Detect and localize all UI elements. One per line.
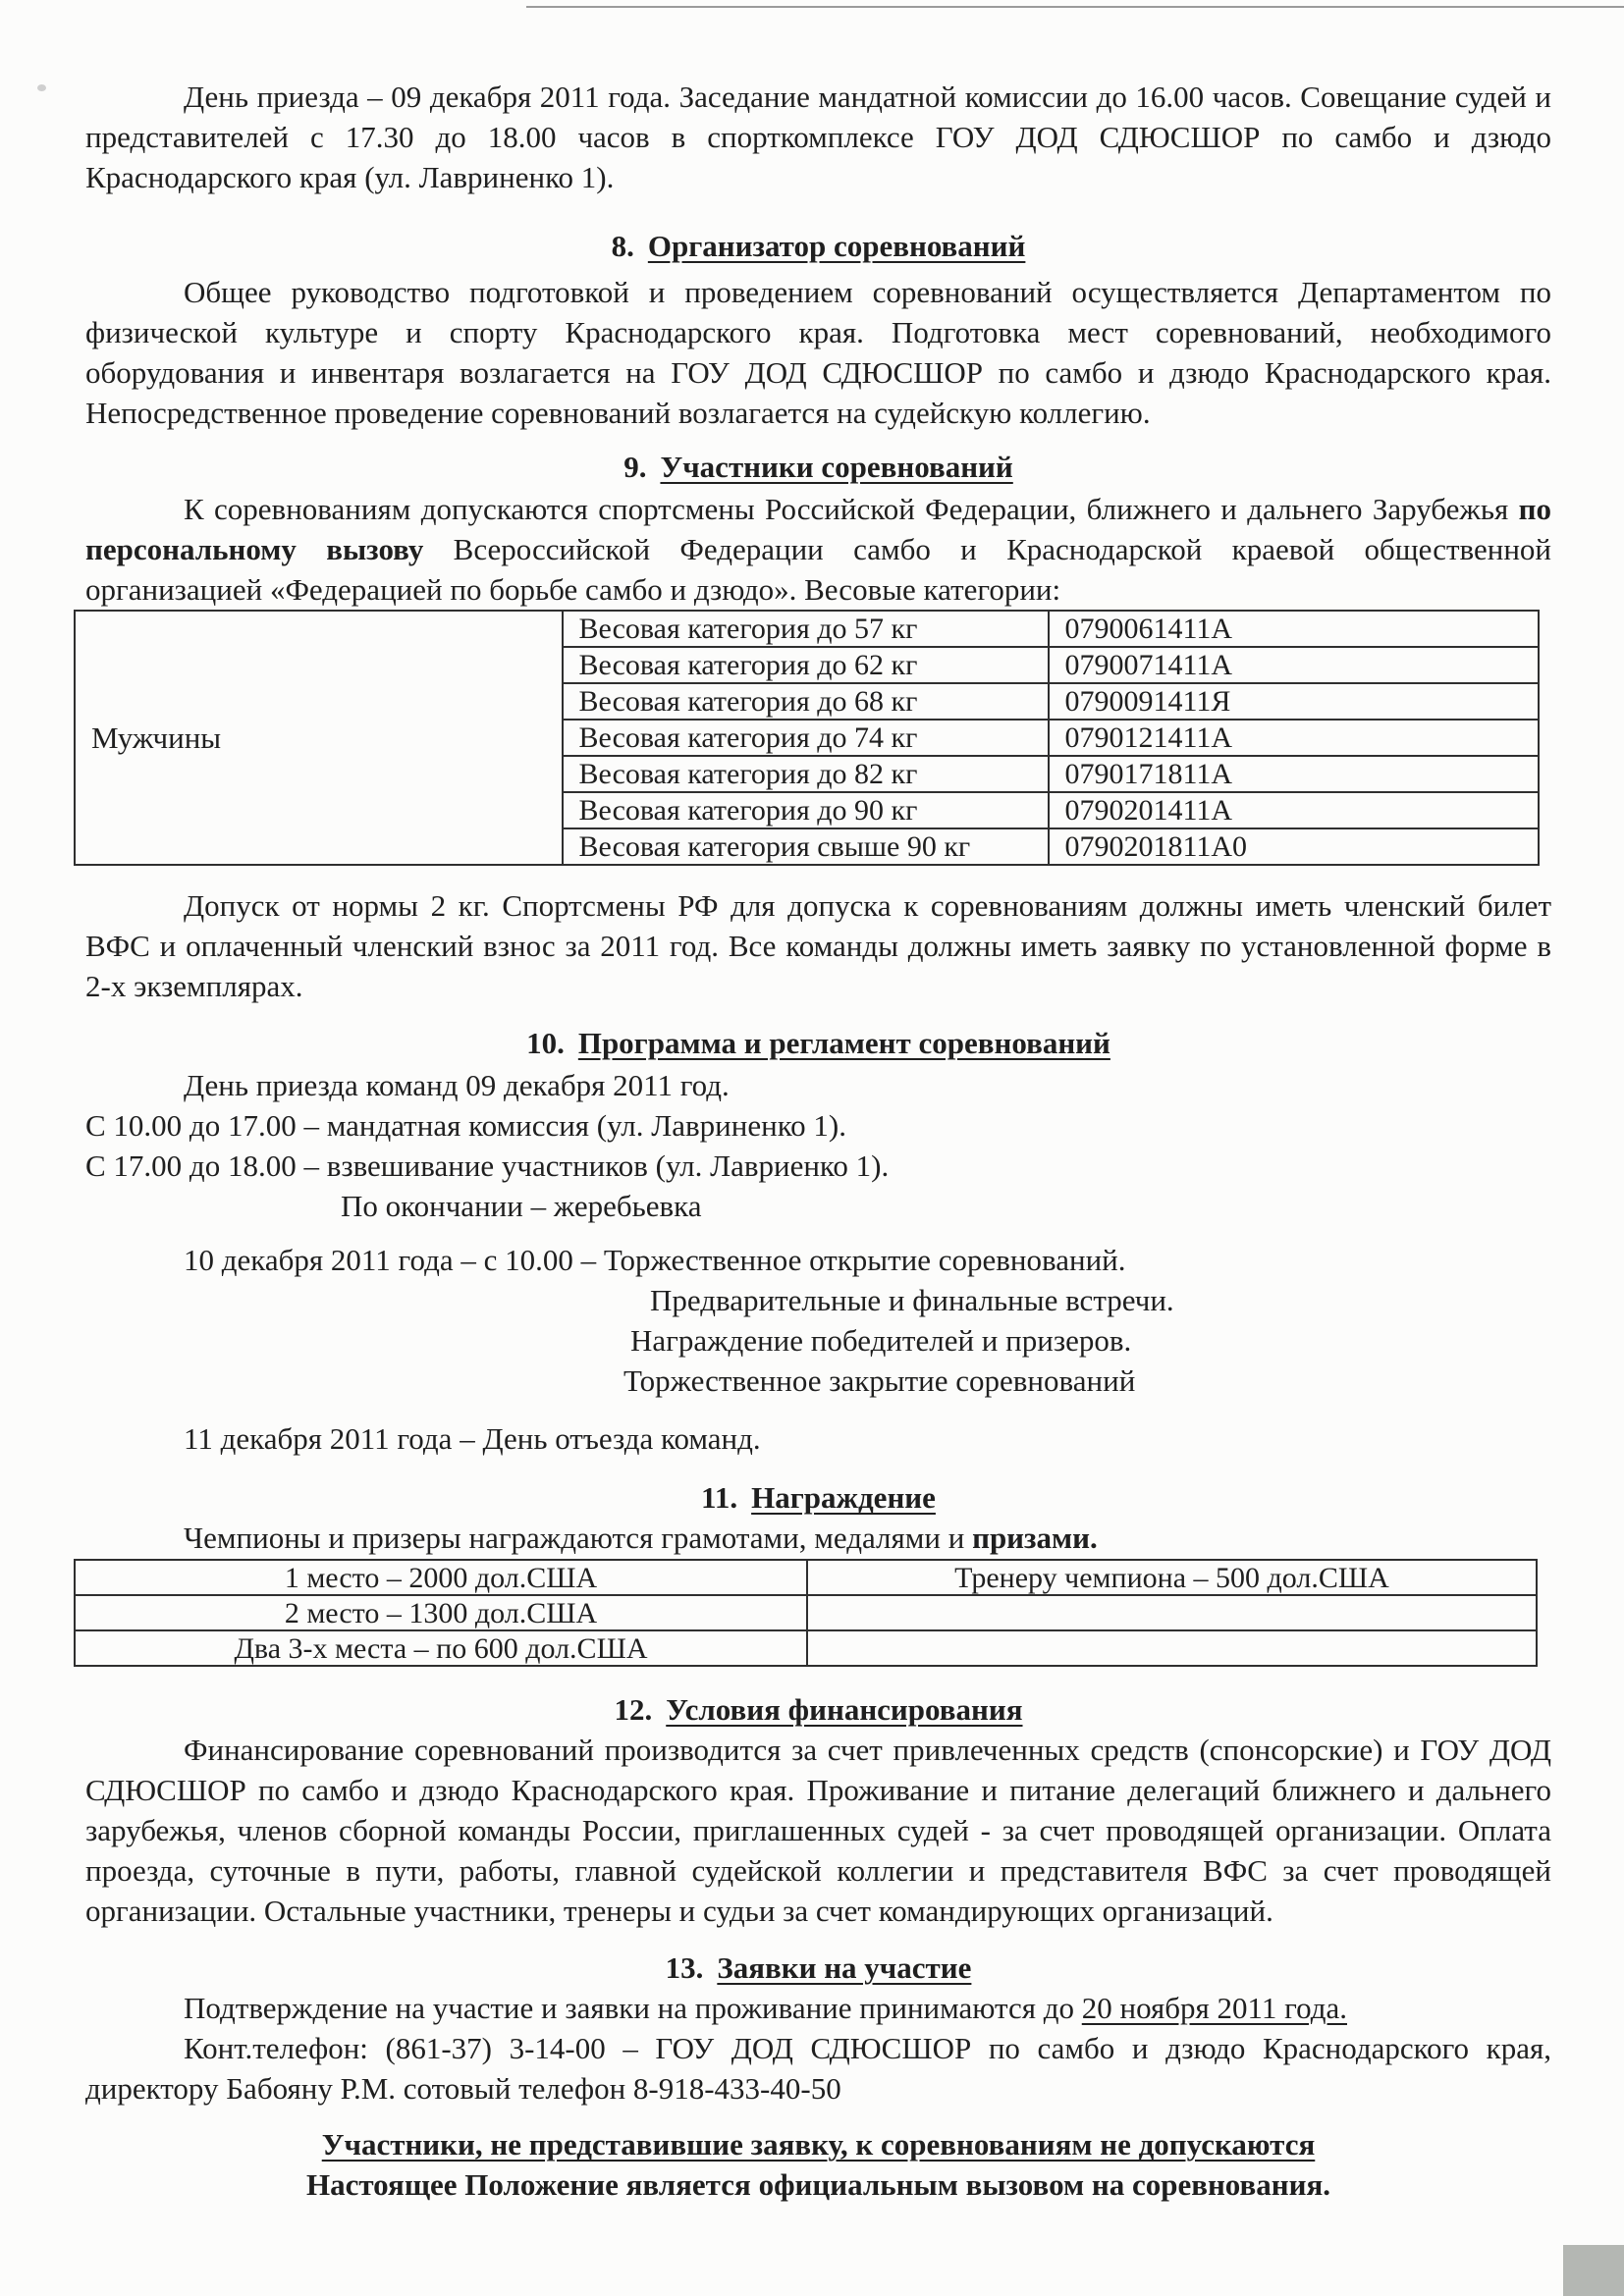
section-9-body-lead: К соревнованиям допускаются спортсмены Р… (184, 492, 1519, 526)
prize-table-row: Два 3-х места – по 600 дол.США (75, 1630, 1537, 1666)
section-8-body: Общее руководство подготовкой и проведен… (85, 272, 1551, 433)
weight-category-cell: Весовая категория до 68 кг (563, 683, 1049, 720)
section-13-number: 13. (666, 1950, 704, 1985)
prize-place-cell: Два 3-х места – по 600 дол.США (75, 1630, 807, 1666)
weight-categories-table: Мужчины Весовая категория до 57 кг 07900… (74, 610, 1540, 866)
section-12-body: Финансирование соревнований производится… (85, 1730, 1551, 1931)
section-10-title: Программа и регламент соревнований (578, 1026, 1110, 1060)
prize-place-cell: 2 место – 1300 дол.США (75, 1595, 807, 1630)
gender-group-cell: Мужчины (75, 611, 563, 865)
schedule-line-awarding: Награждение победителей и призеров. (85, 1320, 1551, 1361)
section-9-number: 9. (623, 450, 646, 484)
prize-coach-cell: Тренеру чемпиона – 500 дол.США (807, 1560, 1537, 1595)
section-11-heading: 11.Награждение (85, 1477, 1551, 1518)
awards-lead-line: Чемпионы и призеры награждаются грамотам… (85, 1518, 1551, 1558)
schedule-line-arrival: День приезда команд 09 декабря 2011 год. (85, 1065, 1551, 1105)
section-8-title: Организатор соревнований (648, 229, 1026, 263)
section-8-heading: 8.Организатор соревнований (85, 226, 1551, 266)
section-13-heading: 13.Заявки на участие (85, 1948, 1551, 1988)
section-13-title: Заявки на участие (717, 1950, 971, 1985)
category-code-cell: 0790061411А (1049, 611, 1540, 647)
scan-artifact-corner-patch (1563, 2245, 1624, 2296)
entry-confirmation-text: Подтверждение на участие и заявки на про… (184, 1991, 1082, 2025)
schedule-line-draw: По окончании – жеребьевка (85, 1186, 1551, 1226)
section-12-title: Условия финансирования (666, 1692, 1022, 1727)
prize-place-cell: 1 место – 2000 дол.США (75, 1560, 807, 1595)
weight-table-row: Мужчины Весовая категория до 57 кг 07900… (75, 611, 1539, 647)
weight-category-cell: Весовая категория до 57 кг (563, 611, 1049, 647)
weight-category-cell: Весовая категория до 74 кг (563, 720, 1049, 756)
arrival-info-paragraph: День приезда – 09 декабря 2011 года. Зас… (85, 77, 1551, 197)
entry-deadline-date: 20 ноября 2011 года. (1082, 1991, 1347, 2025)
prize-table-row: 1 место – 2000 дол.США Тренеру чемпиона … (75, 1560, 1537, 1595)
schedule-line-opening: 10 декабря 2011 года – с 10.00 – Торжест… (85, 1240, 1551, 1280)
section-11-number: 11. (701, 1480, 737, 1515)
section-10-number: 10. (526, 1026, 565, 1060)
section-11-title: Награждение (751, 1480, 936, 1515)
section-9-title: Участники соревнований (660, 450, 1012, 484)
weight-category-cell: Весовая категория до 62 кг (563, 647, 1049, 683)
section-10-heading: 10.Программа и регламент соревнований (85, 1023, 1551, 1063)
weight-category-cell: Весовая категория свыше 90 кг (563, 828, 1049, 865)
document-content: День приезда – 09 декабря 2011 года. Зас… (0, 0, 1624, 2205)
section-12-heading: 12.Условия финансирования (85, 1689, 1551, 1730)
category-code-cell: 0790171811А (1049, 756, 1540, 792)
prize-table-row: 2 место – 1300 дол.США (75, 1595, 1537, 1630)
schedule-line-closing: Торжественное закрытие соревнований (85, 1361, 1551, 1401)
awards-lead-text: Чемпионы и призеры награждаются грамотам… (184, 1521, 972, 1555)
schedule-line-preliminary: Предварительные и финальные встречи. (85, 1280, 1551, 1320)
category-code-cell: 0790201411А (1049, 792, 1540, 828)
section-9-heading: 9.Участники соревнований (85, 447, 1551, 487)
footer-final-line: Настоящее Положение является официальным… (85, 2164, 1551, 2205)
schedule-block: День приезда команд 09 декабря 2011 год.… (85, 1065, 1551, 1459)
prize-table: 1 место – 2000 дол.США Тренеру чемпиона … (74, 1559, 1538, 1667)
section-9-note: Допуск от нормы 2 кг. Спортсмены РФ для … (85, 885, 1551, 1006)
awards-lead-bold: призами. (972, 1521, 1098, 1555)
contact-line-2: директору Бабояну Р.М. сотовый телефон 8… (85, 2068, 1551, 2109)
schedule-line-departure: 11 декабря 2011 года – День отъезда кома… (85, 1418, 1551, 1459)
prize-empty-cell (807, 1595, 1537, 1630)
footer-warning-text: Участники, не представившие заявку, к со… (322, 2127, 1316, 2162)
scanned-document-page: День приезда – 09 декабря 2011 года. Зас… (0, 0, 1624, 2296)
category-code-cell: 0790091411Я (1049, 683, 1540, 720)
section-8-number: 8. (612, 229, 634, 263)
weight-category-cell: Весовая категория до 90 кг (563, 792, 1049, 828)
weight-category-cell: Весовая категория до 82 кг (563, 756, 1049, 792)
footer-warning-line: Участники, не представившие заявку, к со… (85, 2124, 1551, 2164)
schedule-line-commission: С 10.00 до 17.00 – мандатная комиссия (у… (85, 1105, 1551, 1146)
schedule-line-weigh-in: С 17.00 до 18.00 – взвешивание участнико… (85, 1146, 1551, 1186)
section-12-number: 12. (614, 1692, 652, 1727)
entry-confirmation-line: Подтверждение на участие и заявки на про… (85, 1988, 1551, 2028)
prize-empty-cell (807, 1630, 1537, 1666)
section-9-body: К соревнованиям допускаются спортсмены Р… (85, 489, 1551, 610)
category-code-cell: 0790121411А (1049, 720, 1540, 756)
category-code-cell: 0790071411А (1049, 647, 1540, 683)
category-code-cell: 0790201811А0 (1049, 828, 1540, 865)
contact-line-1: Конт.телефон: (861-37) 3-14-00 – ГОУ ДОД… (85, 2028, 1551, 2068)
